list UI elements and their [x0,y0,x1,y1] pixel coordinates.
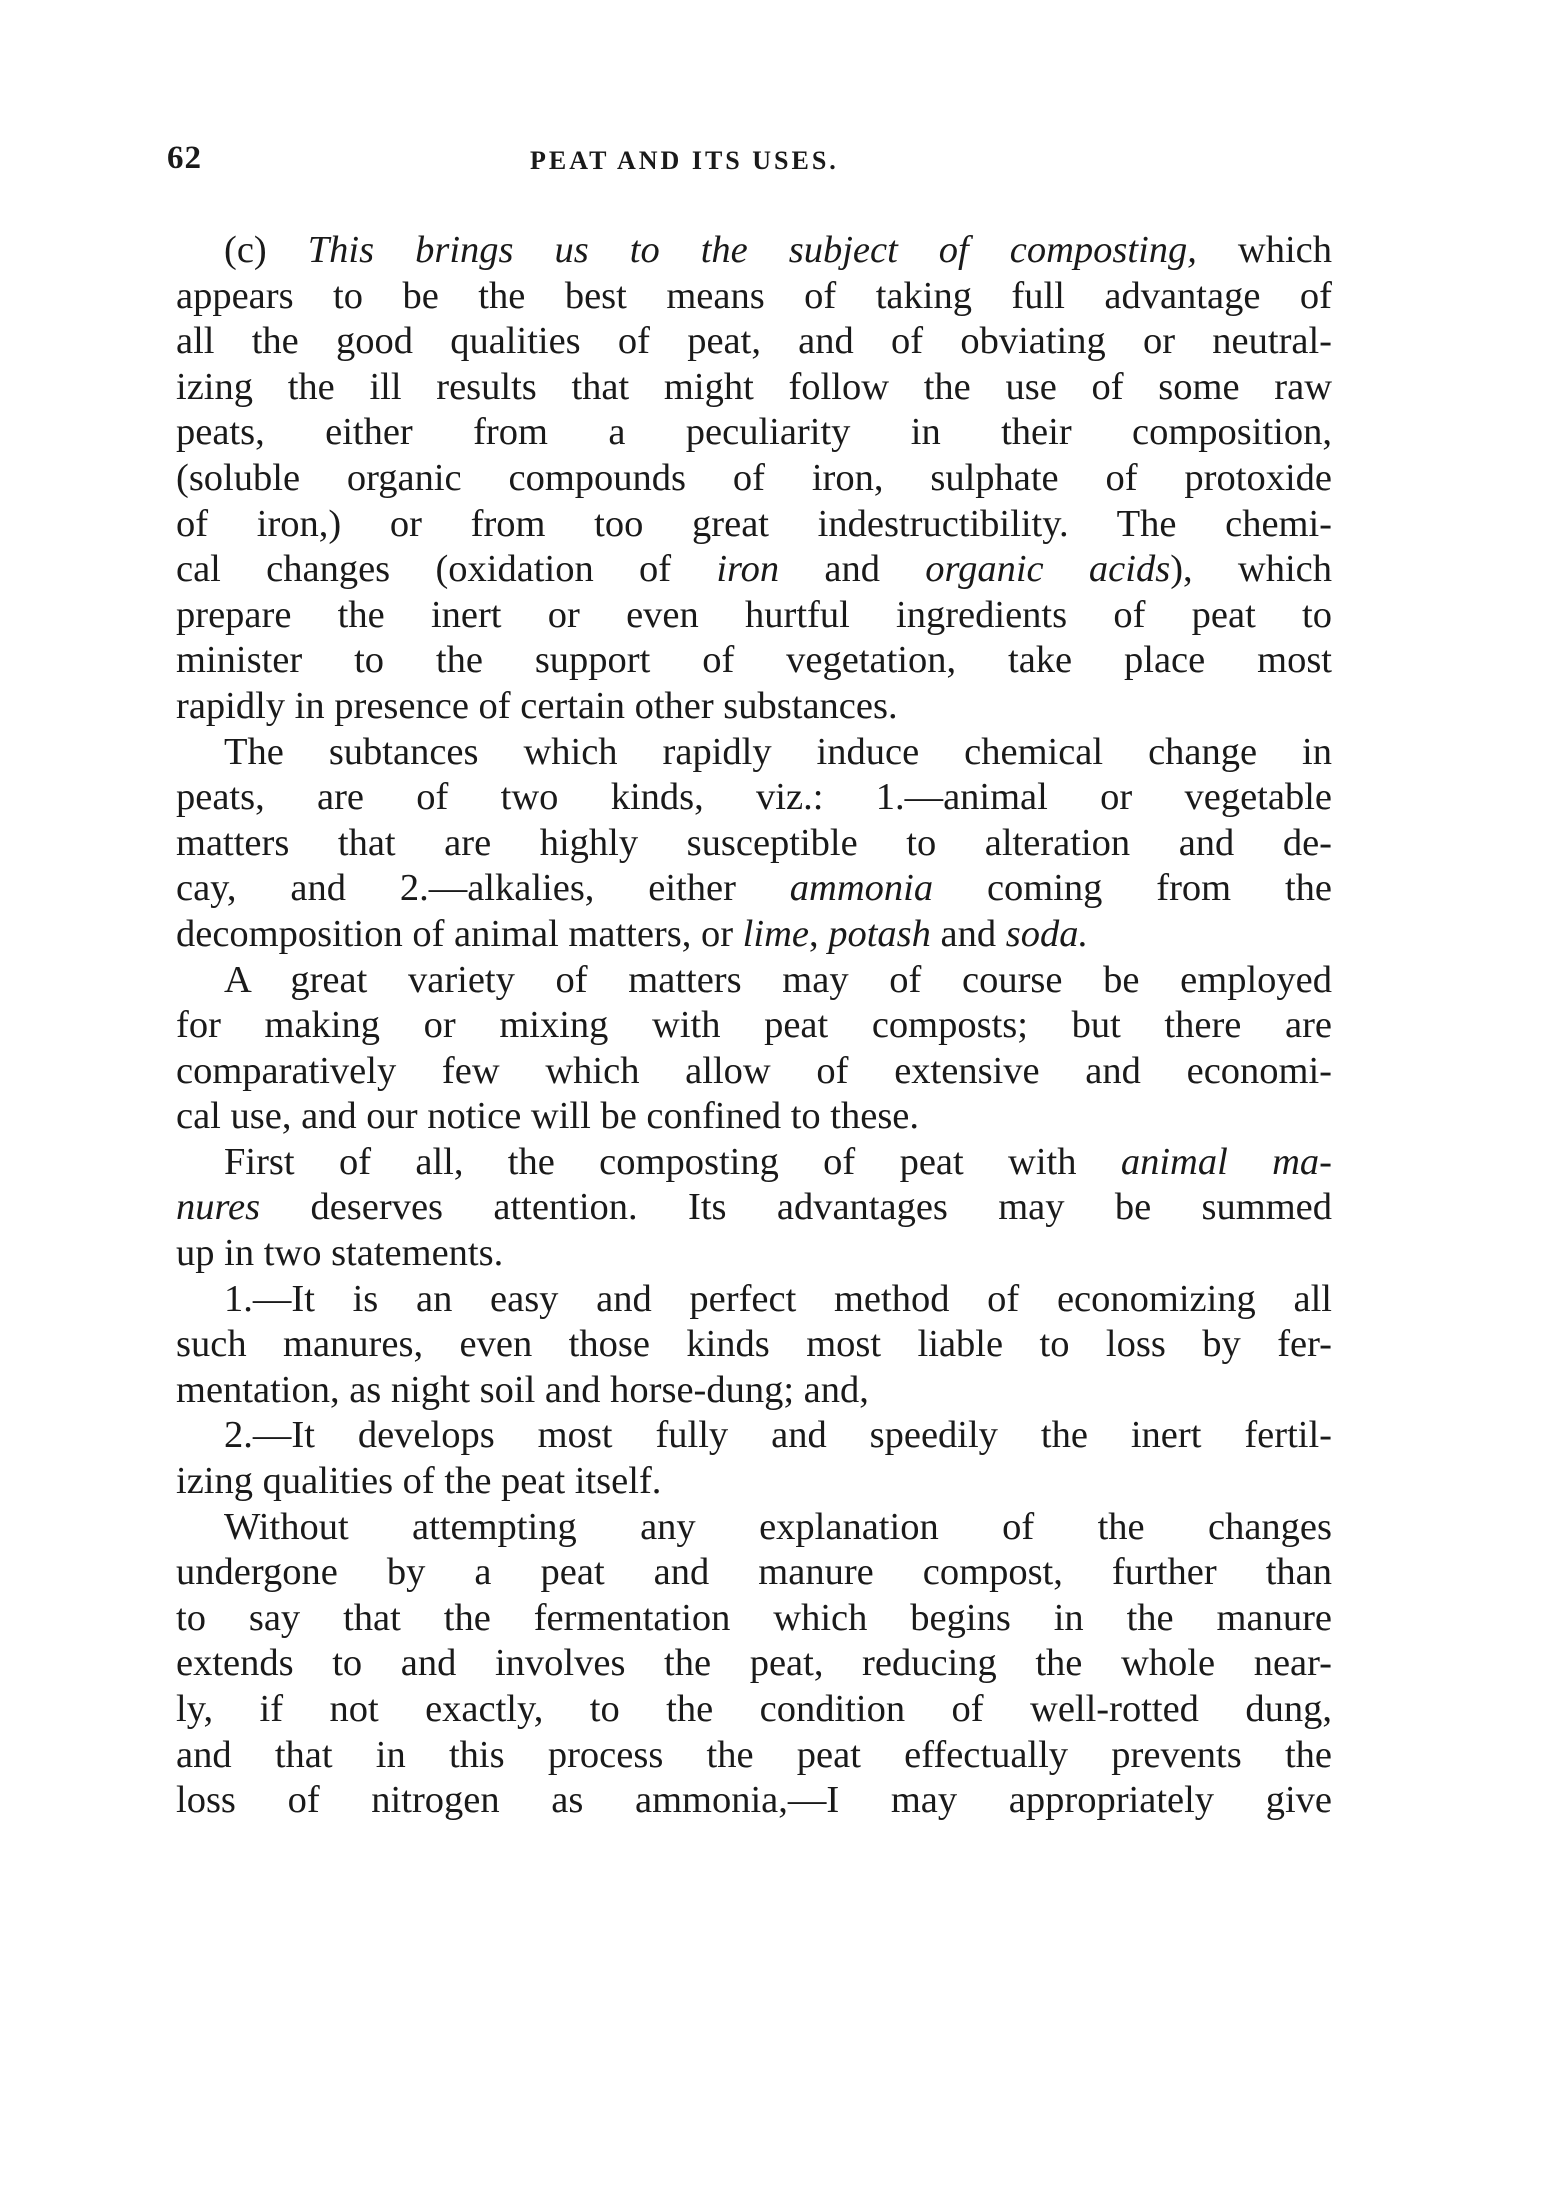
text-run: The subtances which rapidly induce chemi… [224,731,1332,773]
italic-run: organic acids [925,548,1170,590]
text-run: peats, either from a peculiarity in thei… [176,411,1332,453]
text-line: mentation, as night soil and horse-dung;… [176,1368,1332,1414]
text-line: all the good qualities of peat, and of o… [176,319,1332,365]
text-run: extends to and involves the peat, reduci… [176,1642,1332,1684]
text-line: and that in this process the peat effect… [176,1733,1332,1779]
text-run: 2.—It develops most fully and speedily t… [224,1414,1332,1456]
italic-run: animal ma- [1121,1141,1332,1183]
paragraph: 2.—It develops most fully and speedily t… [176,1413,1332,1504]
text-run: (soluble organic compounds of iron, sulp… [176,457,1332,499]
book-page: 62 PEAT AND ITS USES. (c) This brings us… [0,0,1556,2188]
text-run: prepare the inert or even hurtful ingred… [176,594,1332,636]
text-line: 1.—It is an easy and perfect method of e… [176,1277,1332,1323]
text-run: (c) [224,229,308,271]
text-line: of iron,) or from too great indestructib… [176,502,1332,548]
text-line: The subtances which rapidly induce chemi… [176,730,1332,776]
text-run: A great variety of matters may of course… [224,959,1332,1001]
text-run: izing qualities of the peat itself. [176,1460,661,1502]
text-run: up in two statements. [176,1232,503,1274]
text-run: Without attempting any explanation of th… [224,1506,1332,1548]
text-line: peats, either from a peculiarity in thei… [176,410,1332,456]
text-run: deserves attention. Its advantages may b… [260,1186,1332,1228]
running-title: PEAT AND ITS USES. [530,146,839,176]
text-run: all the good qualities of peat, and of o… [176,320,1332,362]
paragraph: 1.—It is an easy and perfect method of e… [176,1277,1332,1414]
text-run: and [931,913,1006,955]
text-line: peats, are of two kinds, viz.: 1.—animal… [176,775,1332,821]
italic-run: ammonia [790,867,933,909]
text-run: cal use, and our notice will be confined… [176,1095,919,1137]
paragraph: Without attempting any explanation of th… [176,1505,1332,1824]
page-number: 62 [167,140,202,177]
text-line: izing the ill results that might follow … [176,365,1332,411]
text-line: for making or mixing with peat composts;… [176,1003,1332,1049]
text-line: loss of nitrogen as ammonia,—I may appro… [176,1778,1332,1824]
text-line: comparatively few which allow of extensi… [176,1049,1332,1095]
paragraph: (c) This brings us to the subject of com… [176,228,1332,730]
text-line: First of all, the composting of peat wit… [176,1140,1332,1186]
paragraph: First of all, the composting of peat wit… [176,1140,1332,1277]
text-run: minister to the support of vegetation, t… [176,639,1332,681]
text-line: 2.—It develops most fully and speedily t… [176,1413,1332,1459]
body-text: (c) This brings us to the subject of com… [176,228,1332,1824]
text-line: undergone by a peat and manure compost, … [176,1550,1332,1596]
text-line: prepare the inert or even hurtful ingred… [176,593,1332,639]
text-run: and [779,548,925,590]
text-line: (soluble organic compounds of iron, sulp… [176,456,1332,502]
paragraph: A great variety of matters may of course… [176,958,1332,1140]
text-run: , [809,913,828,955]
text-line: appears to be the best means of taking f… [176,274,1332,320]
running-head: 62 PEAT AND ITS USES. [0,140,1556,180]
italic-run: lime [743,913,809,955]
text-line: minister to the support of vegetation, t… [176,638,1332,684]
text-run: appears to be the best means of taking f… [176,275,1332,317]
text-run: cay, and 2.—alkalies, either [176,867,790,909]
italic-run: nures [176,1186,260,1228]
text-run: comparatively few which allow of extensi… [176,1050,1332,1092]
text-line: ly, if not exactly, to the condition of … [176,1687,1332,1733]
text-run: of iron,) or from too great indestructib… [176,503,1332,545]
text-run: cal changes (oxidation of [176,548,716,590]
italic-run: This brings us to the subject of compost… [308,229,1197,271]
text-run: coming from the [933,867,1332,909]
text-line: Without attempting any explanation of th… [176,1505,1332,1551]
text-line: up in two statements. [176,1231,1332,1277]
text-line: cal changes (oxidation of iron and organ… [176,547,1332,593]
text-run: ly, if not exactly, to the condition of … [176,1688,1332,1730]
text-run: undergone by a peat and manure compost, … [176,1551,1332,1593]
italic-run: potash [828,913,931,955]
paragraph: The subtances which rapidly induce chemi… [176,730,1332,958]
text-run: ), which [1170,548,1332,590]
text-run: rapidly in presence of certain other sub… [176,685,898,727]
text-line: such manures, even those kinds most liab… [176,1322,1332,1368]
text-line: to say that the fermentation which begin… [176,1596,1332,1642]
text-run: decomposition of animal matters, or [176,913,743,955]
text-run: for making or mixing with peat composts;… [176,1004,1332,1046]
text-run: to say that the fermentation which begin… [176,1597,1332,1639]
text-line: cay, and 2.—alkalies, either ammonia com… [176,866,1332,912]
text-line: extends to and involves the peat, reduci… [176,1641,1332,1687]
text-run: 1.—It is an easy and perfect method of e… [224,1278,1332,1320]
text-run: First of all, the composting of peat wit… [224,1141,1121,1183]
text-run: such manures, even those kinds most liab… [176,1323,1332,1365]
text-run: loss of nitrogen as ammonia,—I may appro… [176,1779,1332,1821]
italic-run: soda. [1006,913,1088,955]
italic-run: iron [716,548,779,590]
text-line: rapidly in presence of certain other sub… [176,684,1332,730]
text-line: (c) This brings us to the subject of com… [176,228,1332,274]
text-run: peats, are of two kinds, viz.: 1.—animal… [176,776,1332,818]
text-run: izing the ill results that might follow … [176,366,1332,408]
text-run: which [1197,229,1332,271]
text-line: izing qualities of the peat itself. [176,1459,1332,1505]
text-line: cal use, and our notice will be confined… [176,1094,1332,1140]
text-line: nures deserves attention. Its advantages… [176,1185,1332,1231]
text-run: and that in this process the peat effect… [176,1734,1332,1776]
text-line: decomposition of animal matters, or lime… [176,912,1332,958]
text-run: mentation, as night soil and horse-dung;… [176,1369,869,1411]
text-line: matters that are highly susceptible to a… [176,821,1332,867]
text-line: A great variety of matters may of course… [176,958,1332,1004]
text-run: matters that are highly susceptible to a… [176,822,1332,864]
